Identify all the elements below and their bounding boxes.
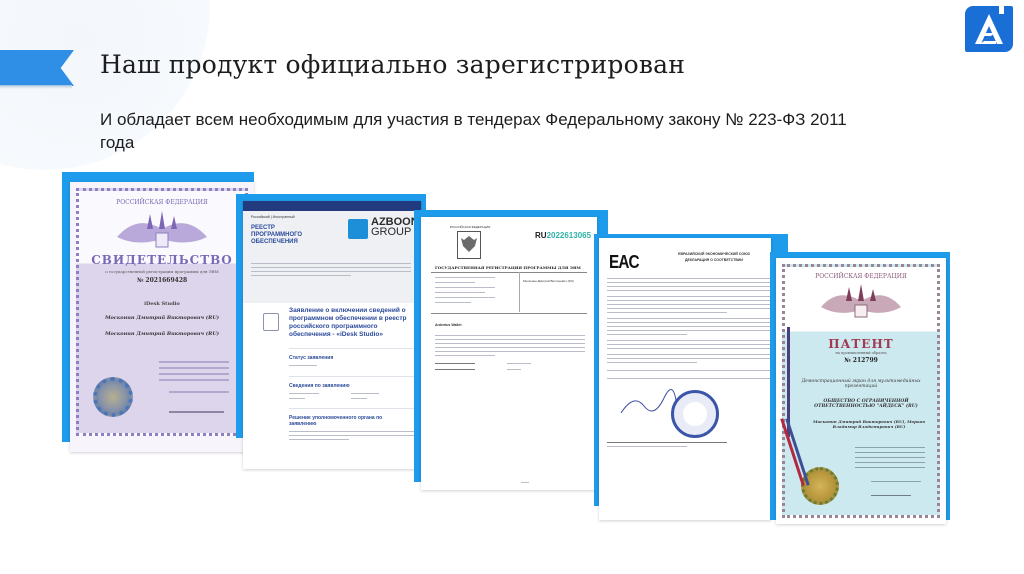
status-label: Статус заявления <box>289 355 333 361</box>
text-line <box>435 351 585 352</box>
registration-number: RU2022613065 <box>535 231 591 240</box>
divider <box>289 408 415 409</box>
text-line <box>435 297 495 298</box>
text-line <box>435 347 585 348</box>
decision-label: Решение уполномоченного органа по заявле… <box>289 415 399 427</box>
text-line <box>435 355 495 356</box>
text-line <box>607 334 687 335</box>
cert-header: РОССИЙСКАЯ ФЕДЕРАЦИЯ <box>79 199 245 206</box>
text-line <box>607 296 771 297</box>
text-line <box>435 363 475 364</box>
ribbon-stripe-icon <box>780 418 804 486</box>
text-line <box>435 369 475 370</box>
text-line <box>251 271 411 272</box>
patent-line <box>855 457 925 458</box>
signature-line <box>169 411 224 413</box>
reg-header: РОССИЙСКАЯ ФЕДЕРАЦИЯ <box>445 225 495 229</box>
azboon-logo-icon <box>965 6 1013 52</box>
official-stamp-icon <box>671 390 719 438</box>
coat-of-arms-icon <box>457 231 481 259</box>
azboon-group-logo-icon <box>348 219 368 239</box>
registry-topbar <box>243 201 421 211</box>
text-line <box>435 292 485 293</box>
number-prefix: RU <box>535 231 547 240</box>
page-number <box>521 482 529 483</box>
signature-line <box>871 495 911 496</box>
text-line <box>251 275 351 276</box>
patent-header: РОССИЙСКАЯ ФЕДЕРАЦИЯ <box>785 273 937 280</box>
cert-line <box>159 361 229 363</box>
patent-line <box>855 452 925 453</box>
reg-title: ГОСУДАРСТВЕННАЯ РЕГИСТРАЦИЯ ПРОГРАММЫ ДЛ… <box>435 265 585 270</box>
text-line <box>289 439 349 440</box>
patent-subject: Демонстрационный экран для мультимедийны… <box>799 379 923 389</box>
divider <box>289 348 415 349</box>
text-line <box>351 398 367 399</box>
page-subtitle: И обладает всем необходимым для участия … <box>100 108 860 154</box>
text-line <box>289 398 305 399</box>
registry-document[interactable]: Российский | Иностранный РЕЕСТР ПРОГРАММ… <box>243 201 421 469</box>
text-line <box>607 354 771 355</box>
cert-author: Москонин Дмитрий Викторович (RU) <box>79 331 245 337</box>
cert-number: № 2021669428 <box>79 277 245 284</box>
reg-program: Ardentus Wallet <box>435 323 462 327</box>
patent-line <box>855 447 925 448</box>
text-line <box>607 278 771 279</box>
eac-mark: EAC <box>609 252 639 273</box>
document-icon <box>263 313 279 331</box>
text-line <box>289 365 317 366</box>
text-line <box>435 343 585 344</box>
patent-line <box>855 462 925 463</box>
text-line <box>435 335 585 336</box>
cert-caption: о государственной регистрации программы … <box>79 269 245 274</box>
cert-title: СВИДЕТЕЛЬСТВО <box>79 253 245 267</box>
text-line <box>507 369 521 370</box>
cert-line <box>159 379 229 381</box>
logo-text-2: GROUP <box>371 226 411 238</box>
text-line <box>435 277 495 278</box>
cert-line <box>159 373 229 375</box>
text-line <box>351 393 379 394</box>
text-line <box>607 308 771 309</box>
patent-line <box>855 467 925 468</box>
divider <box>431 313 587 314</box>
signature-icon <box>619 388 679 418</box>
cert-holder: Москонин Дмитрий Викторович (RU) <box>79 315 245 321</box>
text-line <box>435 282 475 283</box>
text-line <box>607 348 771 349</box>
certificate-document[interactable]: РОССИЙСКАЯ ФЕДЕРАЦИЯ СВИДЕТЕЛЬСТВО о гос… <box>70 182 254 452</box>
text-line <box>289 431 415 432</box>
registry-heading: Заявление о включении сведений о програм… <box>289 307 415 339</box>
text-line <box>435 339 585 340</box>
text-line <box>607 300 771 301</box>
text-line <box>607 322 771 323</box>
patent-number: № 212799 <box>785 357 937 364</box>
official-seal-icon <box>93 377 133 417</box>
text-line <box>251 263 411 264</box>
patent-line <box>871 481 921 482</box>
number-digits: 2022613065 <box>547 231 592 240</box>
program-registration-document[interactable]: РОССИЙСКАЯ ФЕДЕРАЦИЯ RU2022613065 ГОСУДА… <box>421 217 597 490</box>
patent-caption: на промышленный образец <box>785 351 937 355</box>
patent-holder: ОБЩЕСТВО С ОГРАНИЧЕННОЙ ОТВЕТСТВЕННОСТЬЮ… <box>805 399 927 409</box>
text-line <box>607 446 687 447</box>
divider <box>519 272 520 312</box>
registry-breadcrumb: Российский | Иностранный <box>251 215 295 219</box>
text-line <box>289 393 319 394</box>
patent-title: ПАТЕНТ <box>785 337 937 351</box>
text-line <box>289 435 415 436</box>
text-line <box>607 340 771 341</box>
decl-header-2: ДЕКЛАРАЦИЯ О СООТВЕТСТВИИ <box>659 258 769 262</box>
cert-program: iDesk Studio <box>79 301 245 307</box>
text-line <box>607 304 771 305</box>
registry-header: РЕЕСТР ПРОГРАММНОГО ОБЕСПЕЧЕНИЯ <box>251 225 311 246</box>
text-line <box>251 267 411 268</box>
divider <box>289 376 415 377</box>
text-line <box>607 286 771 287</box>
azboon-group-logo-text: AZBOONGROUP <box>371 217 419 237</box>
kremlin-crest-icon <box>112 209 212 249</box>
text-line <box>607 282 771 283</box>
details-label: Сведения по заявлению <box>289 383 350 389</box>
decl-header-1: ЕВРАЗИЙСКИЙ ЭКОНОМИЧЕСКИЙ СОЮЗ <box>659 252 769 256</box>
patent-authors: Москонин Дмитрий Викторович (RU), Марков… <box>811 419 927 429</box>
text-line <box>607 318 771 319</box>
text-line <box>607 370 771 371</box>
text-line <box>607 442 727 443</box>
text-line <box>607 330 771 331</box>
cert-line <box>159 367 229 369</box>
page-title: Наш продукт официально зарегистрирован <box>100 50 685 79</box>
text-line <box>507 363 531 364</box>
text-line <box>607 378 771 379</box>
text-line <box>607 312 727 313</box>
declaration-document[interactable]: EAC ЕВРАЗИЙСКИЙ ЭКОНОМИЧЕСКИЙ СОЮЗ ДЕКЛА… <box>599 238 771 520</box>
text-line <box>607 290 771 291</box>
text-line <box>607 344 771 345</box>
kremlin-crest-icon <box>816 283 906 319</box>
reg-holder: Москонин Дмитрий Викторович (RU) <box>523 279 593 283</box>
text-line <box>435 287 495 288</box>
cert-line <box>169 391 229 393</box>
text-line <box>435 302 471 303</box>
ribbon-stripe-icon <box>785 418 809 486</box>
gold-seal-icon <box>801 467 839 505</box>
patent-document[interactable]: РОССИЙСКАЯ ФЕДЕРАЦИЯ ПАТЕНТ на промышлен… <box>776 258 946 524</box>
text-line <box>607 362 697 363</box>
text-line <box>607 326 771 327</box>
divider <box>431 272 587 273</box>
ribbon-shadow <box>0 85 72 89</box>
text-line <box>607 358 771 359</box>
